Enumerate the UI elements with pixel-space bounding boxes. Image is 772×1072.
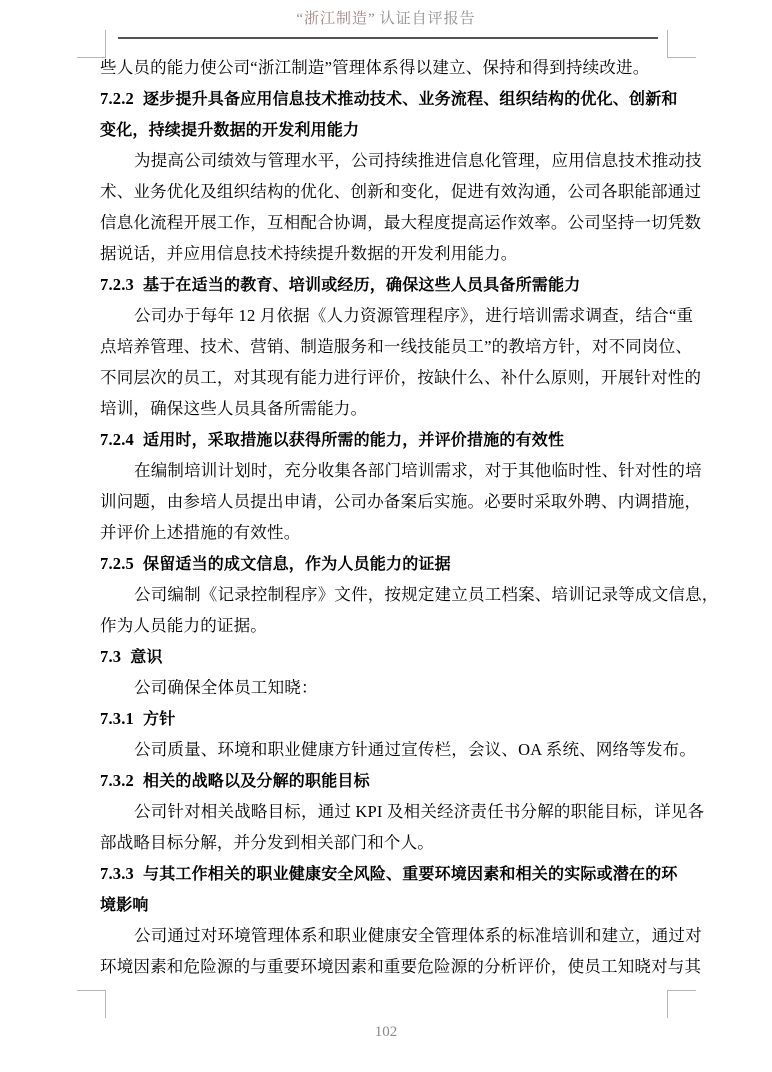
text-line: 公司办于每年 12 月依据《人力资源管理程序》，进行培训需求调查，结合“重 [100, 300, 682, 331]
header-rule [118, 37, 658, 39]
text-line: 7.2.2逐步提升具备应用信息技术推动技术、业务流程、组织结构的优化、创新和 [100, 83, 682, 114]
text-line: 公司针对相关战略目标，通过 KPI 及相关经济责任书分解的职能目标，详见各 [100, 796, 682, 827]
text-line: 公司通过对环境管理体系和职业健康安全管理体系的标准培训和建立，通过对 [100, 920, 682, 951]
text-line: 据说话，并应用信息技术持续提升数据的开发利用能力。 [100, 238, 682, 269]
text-line: 部战略目标分解，并分发到相关部门和个人。 [100, 827, 682, 858]
text-line: 作为人员能力的证据。 [100, 610, 682, 641]
text-line: 公司质量、环境和职业健康方针通过宣传栏，会议、OA 系统、网络等发布。 [100, 734, 682, 765]
text-line: 公司确保全体员工知晓： [100, 672, 682, 703]
line-text: 变化，持续提升数据的开发利用能力 [100, 122, 359, 139]
line-text: 部战略目标分解，并分发到相关部门和个人。 [100, 833, 434, 852]
header-title-rest: 认证自评报告 [380, 11, 476, 27]
line-text: 些人员的能力使公司“浙江制造”管理体系得以建立、保持和得到持续改进。 [100, 58, 649, 77]
line-text: 公司办于每年 12 月依据《人力资源管理程序》，进行培训需求调查，结合“重 [134, 306, 693, 325]
text-line: 7.3.1方针 [100, 703, 682, 734]
line-text: 为提高公司绩效与管理水平，公司持续推进信息化管理，应用信息技术推动技 [134, 151, 702, 170]
footer-page-number: 102 [0, 1024, 772, 1041]
heading-number: 7.3.1 [100, 709, 134, 728]
heading-number: 7.2.5 [100, 554, 134, 573]
line-text: 与其工作相关的职业健康安全风险、重要环境因素和相关的实际或潜在的环 [143, 866, 678, 883]
line-text: 公司质量、环境和职业健康方针通过宣传栏，会议、OA 系统、网络等发布。 [134, 740, 696, 759]
line-text: 意识 [130, 649, 162, 666]
text-line: 7.3.2相关的战略以及分解的职能目标 [100, 765, 682, 796]
text-line: 环境因素和危险源的与重要环境因素和重要危险源的分析评价，使员工知晓对与其 [100, 951, 682, 982]
line-text: 公司编制《记录控制程序》文件，按规定建立员工档案、培训记录等成文信息， [134, 585, 719, 604]
heading-number: 7.3 [100, 647, 121, 666]
line-text: 并评价上述措施的有效性。 [100, 523, 300, 542]
heading-number: 7.2.4 [100, 430, 134, 449]
text-line: 7.2.5保留适当的成文信息，作为人员能力的证据 [100, 548, 682, 579]
line-text: 不同层次的员工，对其现有能力进行评价，按缺什么、补什么原则，开展针对性的 [100, 368, 701, 387]
text-line: 不同层次的员工，对其现有能力进行评价，按缺什么、补什么原则，开展针对性的 [100, 362, 682, 393]
line-text: 公司针对相关战略目标，通过 KPI 及相关经济责任书分解的职能目标，详见各 [134, 802, 704, 821]
text-line: 7.2.3基于在适当的教育、培训或经历，确保这些人员具备所需能力 [100, 269, 682, 300]
line-text: 据说话，并应用信息技术持续提升数据的开发利用能力。 [100, 244, 518, 263]
document-body: 些人员的能力使公司“浙江制造”管理体系得以建立、保持和得到持续改进。 7.2.2… [100, 52, 682, 982]
text-line: 为提高公司绩效与管理水平，公司持续推进信息化管理，应用信息技术推动技 [100, 145, 682, 176]
document-page: “浙江制造”认证自评报告 些人员的能力使公司“浙江制造”管理体系得以建立、保持和… [0, 0, 772, 1072]
line-text: 点培养管理、技术、营销、制造服务和一线技能员工”的教培方针，对不同岗位、 [100, 337, 692, 356]
text-line: 变化，持续提升数据的开发利用能力 [100, 114, 682, 145]
line-text: 方针 [143, 711, 175, 728]
text-line: 公司编制《记录控制程序》文件，按规定建立员工档案、培训记录等成文信息， [100, 579, 682, 610]
line-text: 信息化流程开展工作，互相配合协调，最大程度提高运作效率。公司坚持一切凭数 [100, 213, 701, 232]
text-line: 些人员的能力使公司“浙江制造”管理体系得以建立、保持和得到持续改进。 [100, 52, 682, 83]
line-text: 术、业务优化及组织结构的优化、创新和变化，促进有效沟通，公司各职能部通过 [100, 182, 701, 201]
text-line: 境影响 [100, 889, 682, 920]
line-text: 保留适当的成文信息，作为人员能力的证据 [143, 556, 451, 573]
line-text: 相关的战略以及分解的职能目标 [143, 773, 370, 790]
line-text: 公司确保全体员工知晓： [134, 678, 318, 697]
page-header: “浙江制造”认证自评报告 [0, 7, 772, 28]
text-line: 在编制培训计划时，充分收集各部门培训需求，对于其他临时性、针对性的培 [100, 455, 682, 486]
line-text: 环境因素和危险源的与重要环境因素和重要危险源的分析评价，使员工知晓对与其 [100, 957, 701, 976]
line-text: 逐步提升具备应用信息技术推动技术、业务流程、组织结构的优化、创新和 [143, 91, 678, 108]
text-line: 培训，确保这些人员具备所需能力。 [100, 393, 682, 424]
crop-mark-bottom-left-icon [77, 990, 106, 1018]
line-text: 公司通过对环境管理体系和职业健康安全管理体系的标准培训和建立，通过对 [134, 926, 702, 945]
crop-mark-bottom-right-icon [667, 990, 696, 1018]
line-text: 境影响 [100, 897, 149, 914]
text-line: 7.3意识 [100, 641, 682, 672]
text-line: 训问题，由参培人员提出申请，公司办备案后实施。必要时采取外聘、内调措施， [100, 486, 682, 517]
heading-number: 7.2.3 [100, 275, 134, 294]
line-text: 在编制培训计划时，充分收集各部门培训需求，对于其他临时性、针对性的培 [134, 461, 702, 480]
text-line: 并评价上述措施的有效性。 [100, 517, 682, 548]
line-text: 适用时，采取措施以获得所需的能力，并评价措施的有效性 [143, 432, 564, 449]
heading-number: 7.3.3 [100, 864, 134, 883]
text-line: 点培养管理、技术、营销、制造服务和一线技能员工”的教培方针，对不同岗位、 [100, 331, 682, 362]
line-text: 作为人员能力的证据。 [100, 616, 267, 635]
text-line: 术、业务优化及组织结构的优化、创新和变化，促进有效沟通，公司各职能部通过 [100, 176, 682, 207]
heading-number: 7.2.2 [100, 89, 134, 108]
line-text: 基于在适当的教育、培训或经历，确保这些人员具备所需能力 [143, 277, 580, 294]
line-text: 培训，确保这些人员具备所需能力。 [100, 399, 367, 418]
header-title-brand: “浙江制造” [296, 11, 375, 27]
heading-number: 7.3.2 [100, 771, 134, 790]
text-line: 信息化流程开展工作，互相配合协调，最大程度提高运作效率。公司坚持一切凭数 [100, 207, 682, 238]
line-text: 训问题，由参培人员提出申请，公司办备案后实施。必要时采取外聘、内调措施， [100, 492, 701, 511]
text-line: 7.2.4适用时，采取措施以获得所需的能力，并评价措施的有效性 [100, 424, 682, 455]
text-line: 7.3.3与其工作相关的职业健康安全风险、重要环境因素和相关的实际或潜在的环 [100, 858, 682, 889]
